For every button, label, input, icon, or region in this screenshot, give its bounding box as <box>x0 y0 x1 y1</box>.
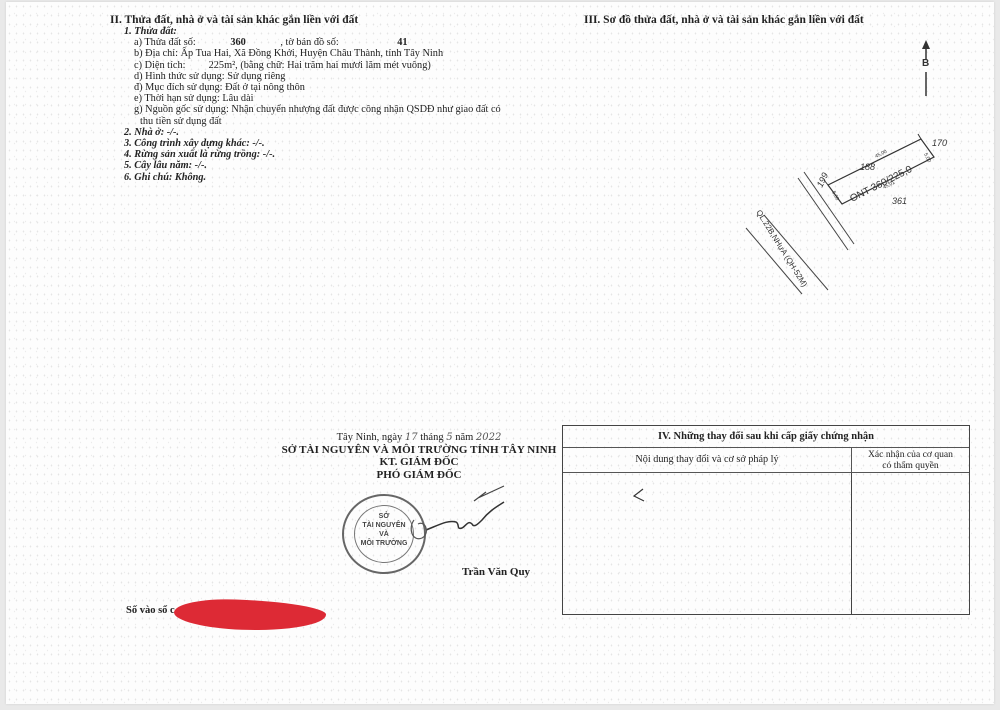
section-4-title: IV. Những thay đổi sau khi cấp giấy chứn… <box>563 426 969 448</box>
area-label: c) Diện tích: <box>134 60 185 71</box>
land-heading: 1. Thửa đất: <box>110 26 550 37</box>
purpose-line: đ) Mục đích sử dụng: Đất ở tại nông thôn <box>110 82 550 93</box>
col-confirmation-header: Xác nhận của cơ quan có thẩm quyền <box>852 448 969 472</box>
signature-block: Tây Ninh, ngày 17 tháng 5 năm 2022 SỞ TÀ… <box>274 432 564 482</box>
cell-confirmation <box>852 473 969 614</box>
origin-label: g) Nguồn gốc sử dụng: <box>134 104 229 115</box>
origin-value: Nhận chuyển nhượng đất được công nhận QS… <box>231 104 500 115</box>
cell-changes <box>563 473 852 614</box>
parcel-label: a) Thửa đất số: <box>134 37 196 48</box>
origin-line: g) Nguồn gốc sử dụng: Nhận chuyển nhượng… <box>110 104 550 115</box>
date-year: 2022 <box>476 432 501 443</box>
table-body <box>563 473 969 614</box>
item-production-forest: 4. Rừng sản xuất là rừng trồng: -/-. <box>110 149 550 160</box>
col-changes-header: Nội dung thay đổi và cơ sở pháp lý <box>563 448 852 472</box>
signer-role-1: KT. GIÁM ĐỐC <box>274 456 564 469</box>
record-number-label: Số vào sổ c <box>126 605 175 616</box>
origin-line-2: thu tiền sử dụng đất <box>110 116 550 127</box>
section-3-title: III. Sơ đồ thửa đất, nhà ở và tài sản kh… <box>584 14 864 26</box>
use-form-label: d) Hình thức sử dụng: <box>134 71 225 82</box>
parcel-number: 360 <box>230 37 245 48</box>
signer-name: Trần Văn Quy <box>462 566 530 578</box>
neighbor-199: 199 <box>815 171 830 189</box>
issuing-authority: SỞ TÀI NGUYÊN VÀ MÔI TRƯỜNG TỈNH TÂY NIN… <box>274 444 564 456</box>
parcel-diagram: ONT 360/225,0 188 170 361 199 QL.22B,NHự… <box>736 122 976 302</box>
purpose-value: Đất ở tại nông thôn <box>225 82 305 93</box>
term-label: e) Thời hạn sử dụng: <box>134 93 220 104</box>
col-confirmation-line2: có thẩm quyền <box>852 460 969 471</box>
neighbor-361: 361 <box>892 196 907 206</box>
road-label: QL.22B,NHựA (QH-52M) <box>754 208 809 288</box>
handwritten-mark <box>631 487 647 503</box>
table-header: Nội dung thay đổi và cơ sở pháp lý Xác n… <box>563 448 969 473</box>
section-2: II. Thửa đất, nhà ở và tài sản khác gắn … <box>110 14 550 183</box>
north-arrow: B <box>919 40 933 96</box>
map-sheet-number: 41 <box>397 37 407 48</box>
use-form-value: Sử dụng riêng <box>227 71 285 82</box>
item-perennial-trees: 5. Cây lâu năm: -/-. <box>110 160 550 171</box>
term-value: Lâu dài <box>222 93 253 104</box>
item-notes: 6. Ghi chú: Không. <box>110 172 550 183</box>
use-form-line: d) Hình thức sử dụng: Sử dụng riêng <box>110 71 550 82</box>
item-house: 2. Nhà ở: -/-. <box>110 127 550 138</box>
area-value: 225m², (bằng chữ: Hai trăm hai mươi lăm … <box>209 60 431 71</box>
changes-table: IV. Những thay đổi sau khi cấp giấy chứn… <box>562 425 970 615</box>
map-sheet-label: , tờ bản đồ số: <box>280 37 338 48</box>
purpose-label: đ) Mục đích sử dụng: <box>134 82 223 93</box>
term-line: e) Thời hạn sử dụng: Lâu dài <box>110 93 550 104</box>
section-2-title: II. Thửa đất, nhà ở và tài sản khác gắn … <box>110 14 550 26</box>
neighbor-188: 188 <box>860 162 875 172</box>
item-other-construction: 3. Công trình xây dựng khác: -/-. <box>110 138 550 149</box>
area-line: c) Diện tích: 225m², (bằng chữ: Hai trăm… <box>110 60 550 71</box>
redaction-mark <box>174 597 327 632</box>
certificate-page: II. Thửa đất, nhà ở và tài sản khác gắn … <box>6 2 994 704</box>
neighbor-170: 170 <box>932 138 947 148</box>
year-label: năm <box>455 432 473 443</box>
month-label: tháng <box>420 432 443 443</box>
date-month: 5 <box>446 432 452 443</box>
address-value: Ấp Tua Hai, Xã Đồng Khởi, Huyện Châu Thà… <box>181 48 443 59</box>
date-place: Tây Ninh, ngày <box>337 432 403 443</box>
parcel-line: a) Thửa đất số: 360 , tờ bản đồ số: 41 <box>110 37 550 48</box>
date-day: 17 <box>405 432 418 443</box>
address-line: b) Địa chỉ: Ấp Tua Hai, Xã Đồng Khởi, Hu… <box>110 48 550 59</box>
north-label: B <box>922 58 929 69</box>
issue-date: Tây Ninh, ngày 17 tháng 5 năm 2022 <box>274 432 564 443</box>
address-label: b) Địa chỉ: <box>134 48 178 59</box>
col-confirmation-line1: Xác nhận của cơ quan <box>852 449 969 460</box>
signature-scribble <box>386 480 516 550</box>
